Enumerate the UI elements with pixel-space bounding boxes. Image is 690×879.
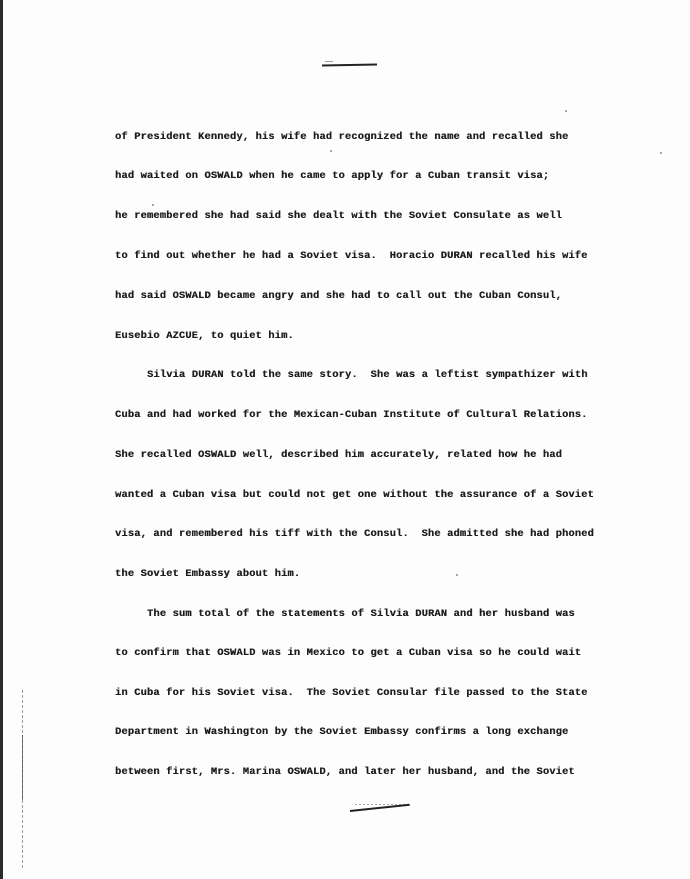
text-line: of President Kennedy, his wife had recog… — [115, 131, 568, 143]
text-line: Department in Washington by the Soviet E… — [115, 726, 568, 738]
header-mark — [322, 64, 377, 67]
text-line: the Soviet Embassy about him. — [115, 568, 300, 580]
text-line: between first, Mrs. Marina OSWALD, and l… — [115, 766, 575, 778]
text-line: Eusebio AZCUE, to quiet him. — [115, 330, 294, 342]
scan-speck — [660, 152, 662, 154]
header-mark-tick — [325, 61, 333, 62]
text-line: The sum total of the statements of Silvi… — [147, 608, 575, 620]
scan-speck — [565, 110, 567, 112]
scan-speck — [330, 150, 332, 152]
scan-speck — [456, 574, 458, 576]
text-line: to confirm that OSWALD was in Mexico to … — [115, 647, 581, 659]
text-line: to find out whether he had a Soviet visa… — [115, 250, 588, 262]
text-line: in Cuba for his Soviet visa. The Soviet … — [115, 687, 588, 699]
text-line: Cuba and had worked for the Mexican-Cuba… — [115, 409, 588, 421]
text-line: had waited on OSWALD when he came to app… — [115, 170, 549, 182]
margin-rule-solid — [22, 735, 23, 800]
text-line: wanted a Cuban visa but could not get on… — [115, 489, 594, 501]
scan-speck — [152, 204, 154, 206]
text-line: visa, and remembered his tiff with the C… — [115, 528, 594, 540]
scan-edge — [0, 0, 3, 879]
text-line: Silvia DURAN told the same story. She wa… — [147, 369, 588, 381]
text-line: She recalled OSWALD well, described him … — [115, 449, 562, 461]
text-line: had said OSWALD became angry and she had… — [115, 290, 562, 302]
document-page: of President Kennedy, his wife had recog… — [0, 0, 690, 879]
text-line: he remembered she had said she dealt wit… — [115, 210, 562, 222]
